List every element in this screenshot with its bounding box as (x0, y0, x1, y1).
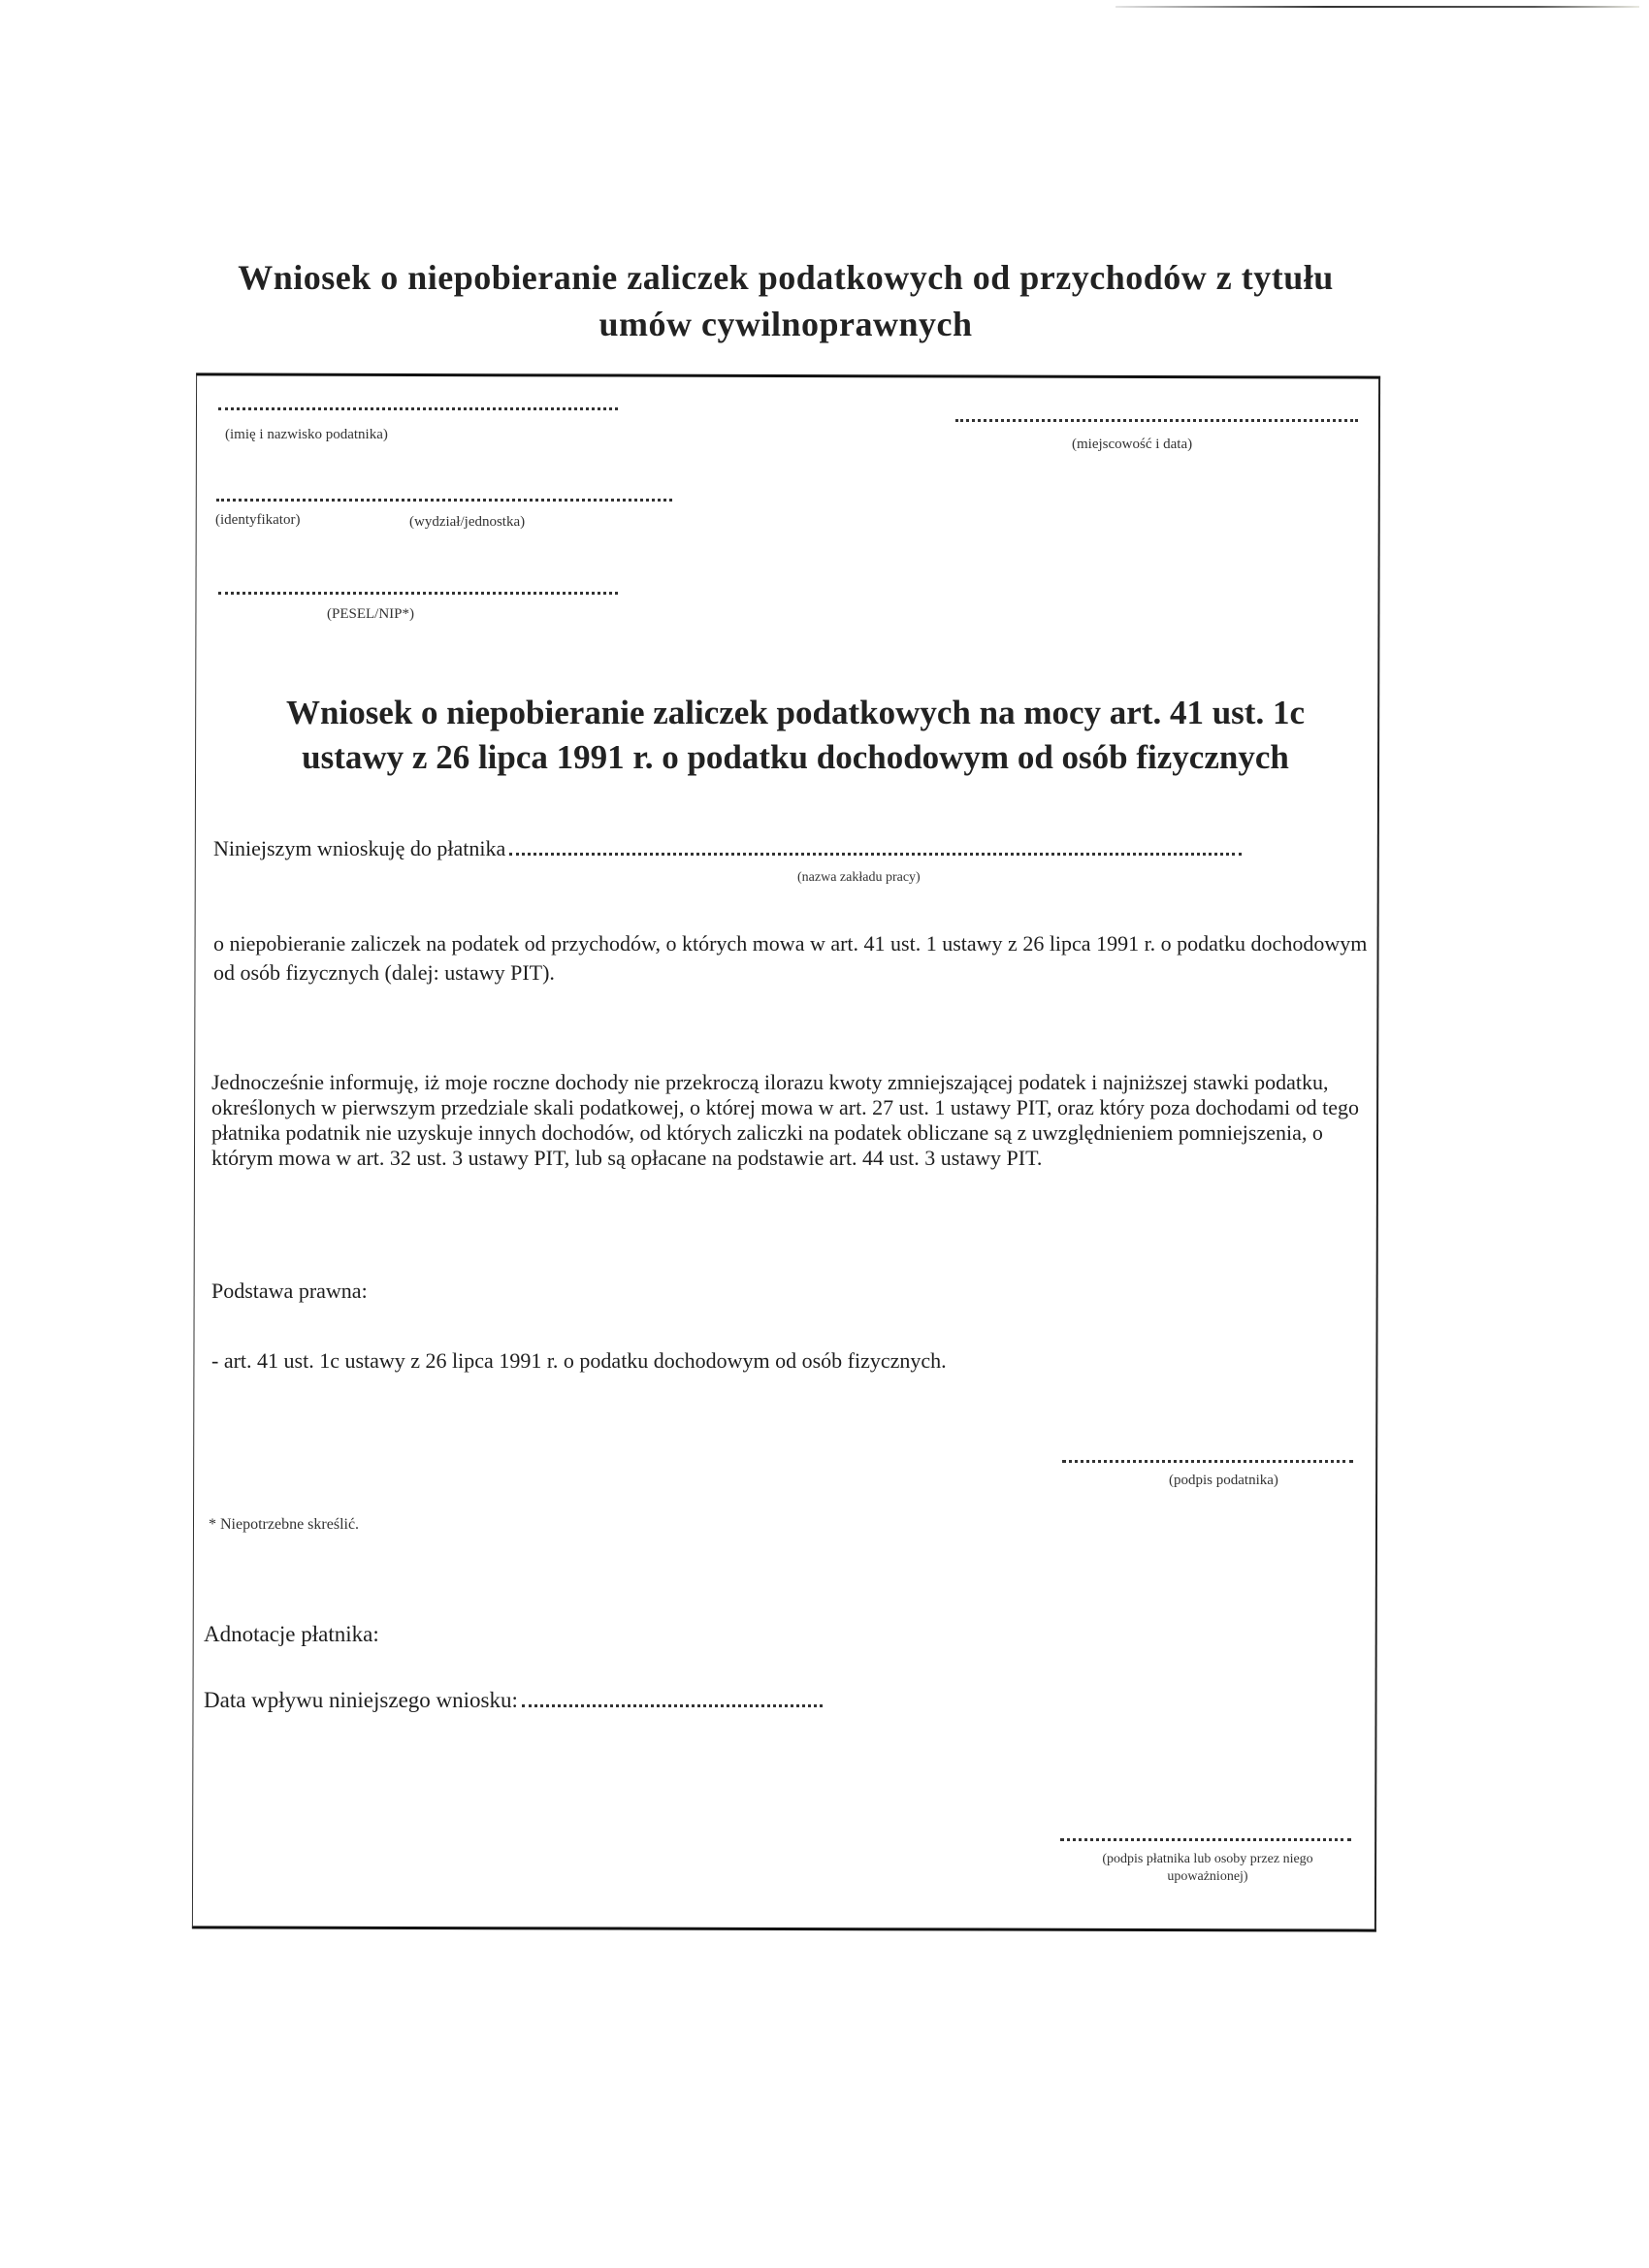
identifier-department-field[interactable] (216, 499, 672, 502)
receipt-date-label: Data wpływu niniejszego wniosku: (204, 1688, 518, 1712)
taxpayer-name-caption: (imię i nazwisko podatnika) (225, 427, 388, 443)
legal-basis-label: Podstawa prawna: (211, 1279, 368, 1304)
payer-line: Niniejszym wnioskuję do płatnika (213, 836, 1242, 861)
legal-basis-item: - art. 41 ust. 1c ustawy z 26 lipca 1991… (211, 1348, 947, 1374)
dotted-line (216, 499, 672, 502)
paragraph-declaration: Jednocześnie informuję, iż moje roczne d… (211, 1070, 1361, 1171)
payer-signature-field[interactable] (1060, 1838, 1351, 1841)
dotted-line (955, 419, 1358, 422)
payer-line-label: Niniejszym wnioskuję do płatnika (213, 836, 505, 860)
dotted-line (1062, 1460, 1353, 1463)
dotted-line (218, 407, 618, 410)
identifier-caption: (identyfikator) (215, 512, 300, 529)
paragraph-request: o niepobieranie zaliczek na podatek od p… (213, 929, 1387, 988)
place-date-field[interactable] (955, 419, 1358, 422)
taxpayer-name-field[interactable] (218, 407, 618, 410)
receipt-date-field[interactable] (522, 1704, 823, 1707)
scan-artifact-line (1115, 6, 1639, 8)
payer-name-caption: (nazwa zakładu pracy) (797, 870, 921, 886)
dotted-line (218, 592, 618, 595)
department-caption: (wydział/jednostka) (409, 514, 525, 531)
dotted-line (1060, 1838, 1351, 1841)
pesel-nip-field[interactable] (218, 592, 618, 595)
footnote: * Niepotrzebne skreślić. (209, 1516, 359, 1534)
pesel-nip-caption: (PESEL/NIP*) (327, 606, 414, 623)
taxpayer-signature-field[interactable] (1062, 1460, 1353, 1463)
request-heading: Wniosek o niepobieranie zaliczek podatko… (233, 691, 1358, 780)
document-title: Wniosek o niepobieranie zaliczek podatko… (194, 254, 1377, 347)
receipt-date-row: Data wpływu niniejszego wniosku: (204, 1688, 823, 1713)
place-date-caption: (miejscowość i data) (1072, 437, 1192, 453)
payer-annotations-label: Adnotacje płatnika: (204, 1622, 379, 1647)
payer-signature-caption: (podpis płatnika lub osoby przez niego u… (1062, 1851, 1353, 1886)
taxpayer-signature-caption: (podpis podatnika) (1169, 1473, 1278, 1489)
payer-name-field[interactable] (509, 853, 1242, 856)
